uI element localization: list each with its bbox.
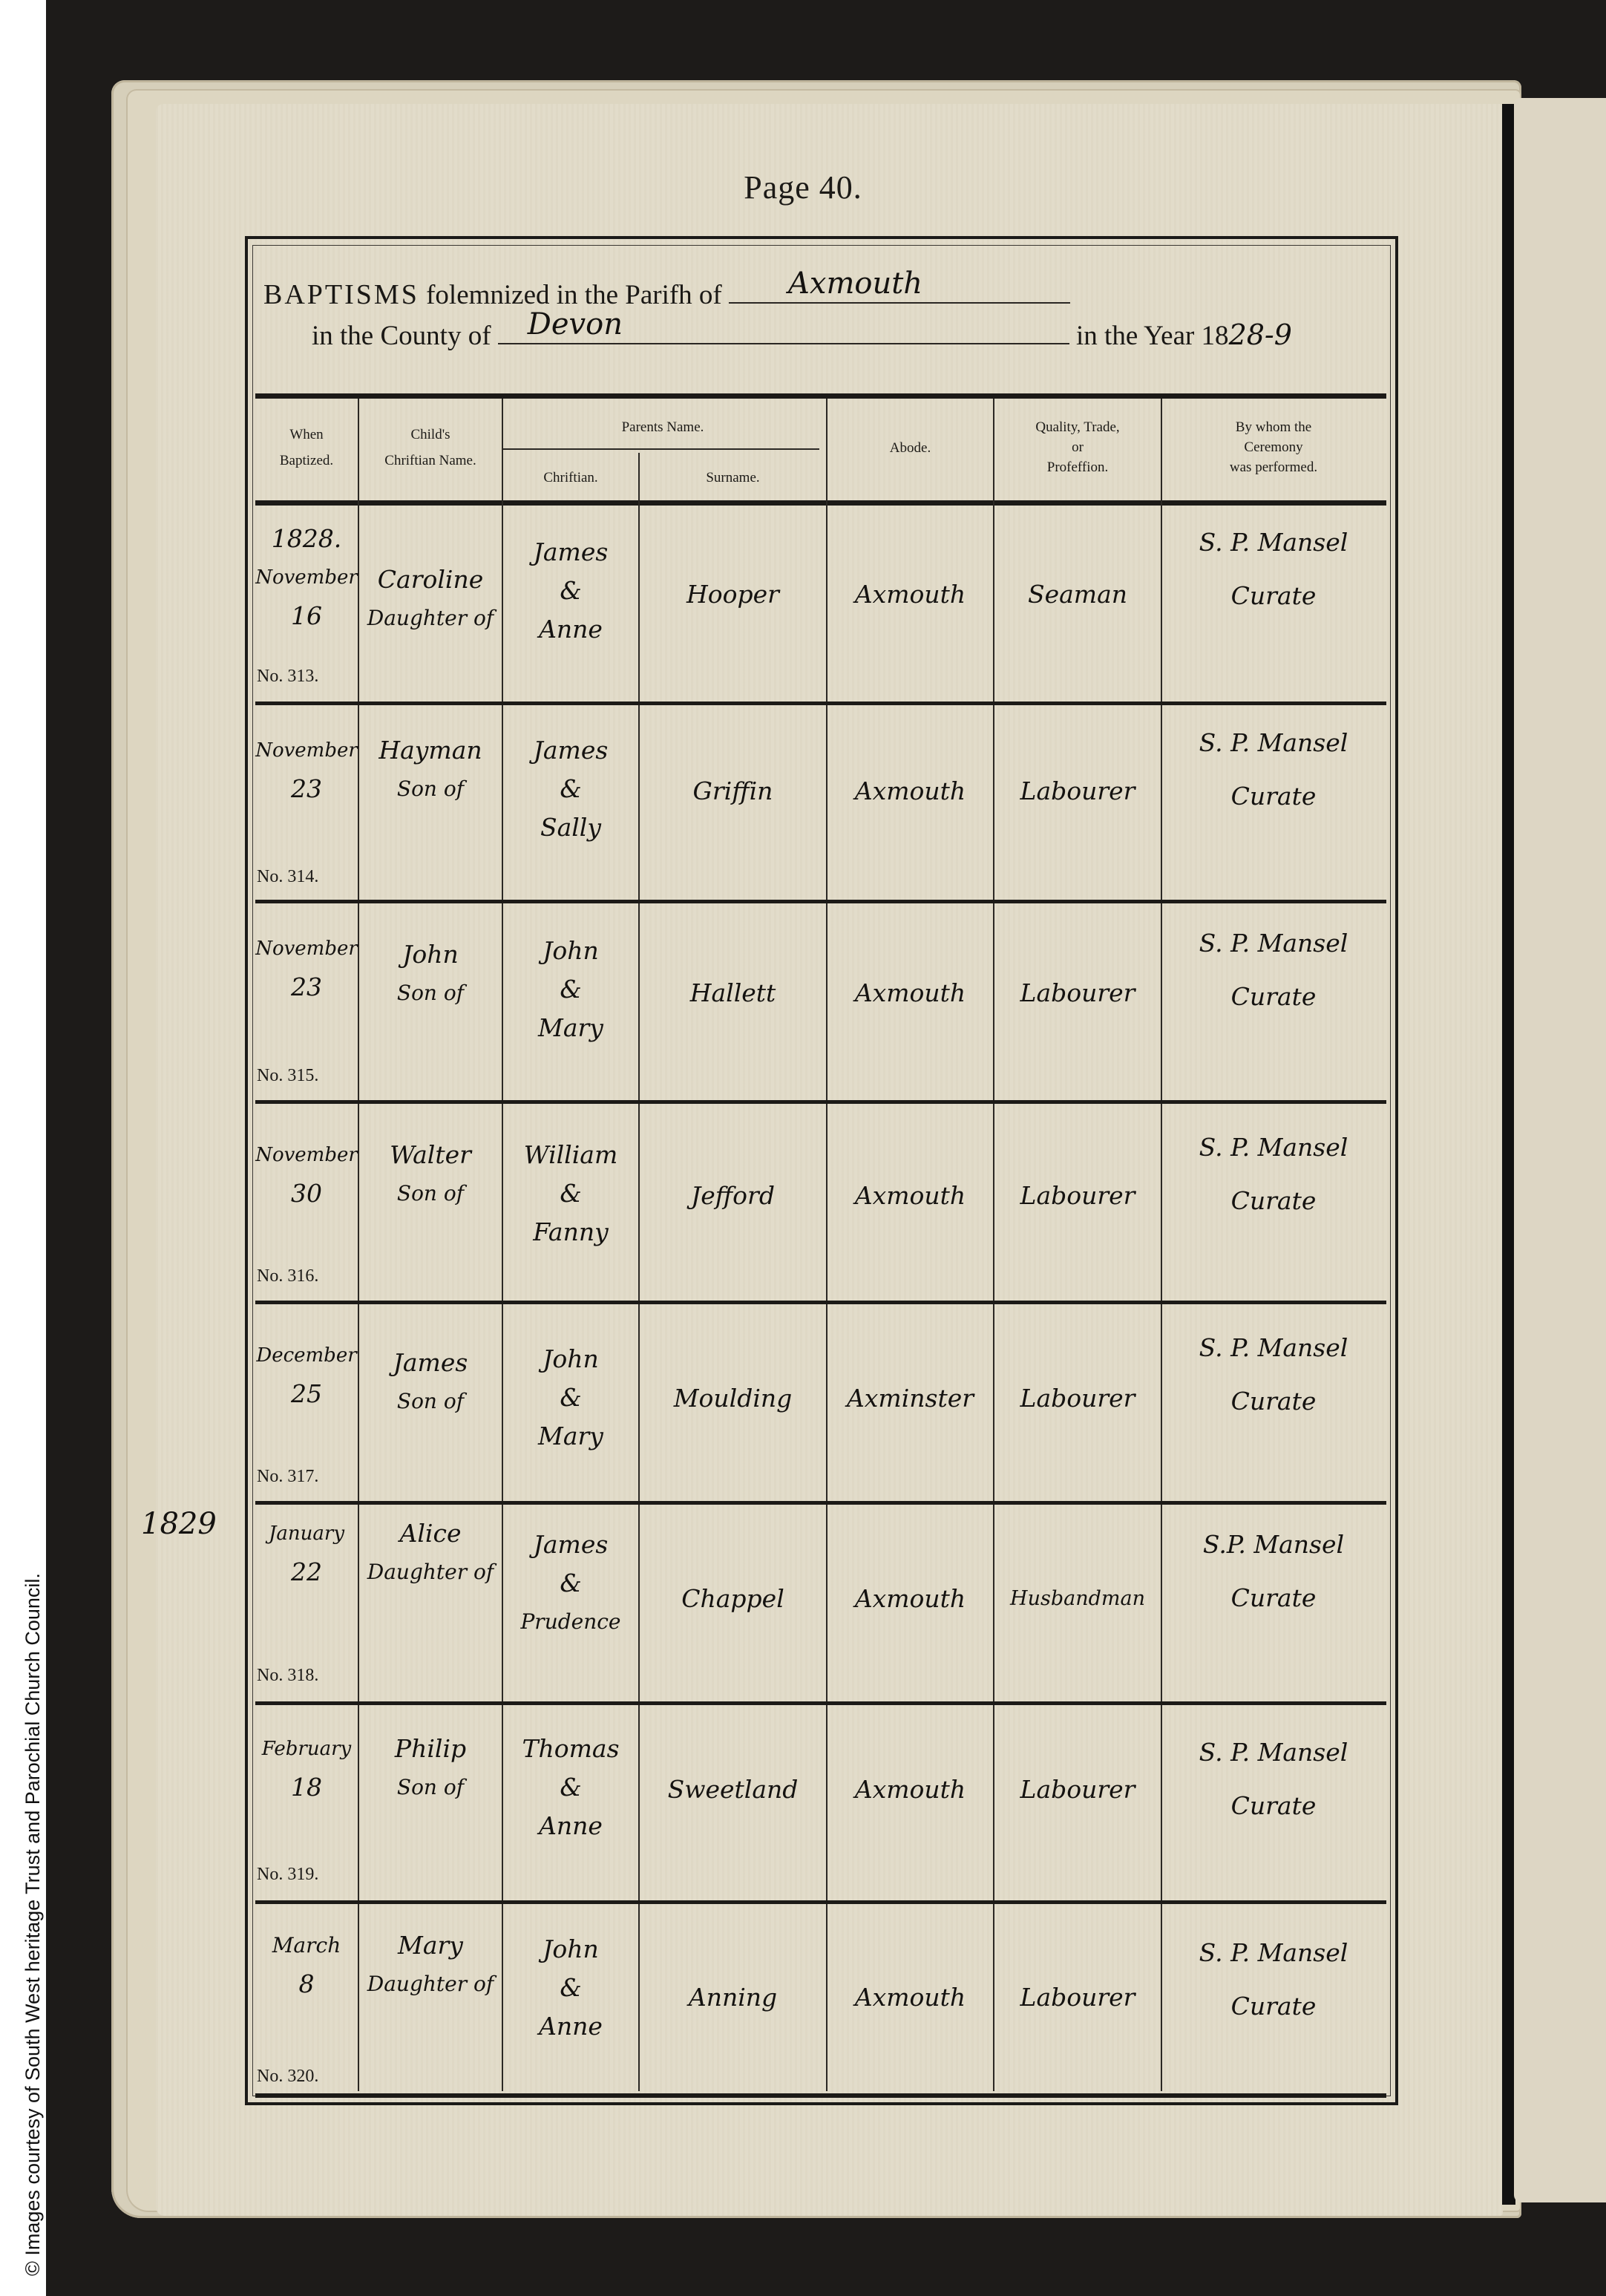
ampersand: &: [503, 970, 638, 1009]
surname: Hallett: [640, 974, 826, 1013]
officiant-name: S.P. Mansel: [1162, 1525, 1385, 1564]
entry-day: 23: [255, 770, 358, 808]
col-header-quality-3: Profeffion.: [994, 457, 1161, 477]
entry-month: March: [255, 1926, 358, 1965]
cell-officiant: S. P. Mansel Curate: [1162, 1128, 1385, 1220]
col-header-when-1: When: [255, 425, 358, 445]
col-header-by-whom-1: By whom the: [1162, 417, 1385, 437]
officiant-title: Curate: [1162, 1579, 1385, 1618]
father-name: James: [503, 533, 638, 572]
child-name: Hayman: [359, 731, 502, 770]
col-line-5: [993, 399, 994, 2091]
entry-year: 1828.: [255, 520, 358, 558]
father-name: Thomas: [503, 1730, 638, 1768]
year-value: 28-9: [1229, 318, 1292, 351]
abode: Axminster: [827, 1379, 993, 1418]
cell-surname: Moulding: [640, 1379, 826, 1418]
father-name: John: [503, 1340, 638, 1378]
entry-month: January: [255, 1514, 358, 1553]
ampersand: &: [503, 770, 638, 808]
entry-number: No. 316.: [257, 1266, 318, 1286]
col-header-child-2: Chriftian Name.: [359, 451, 502, 471]
child-relation: Son of: [359, 1382, 502, 1421]
cell-quality: Labourer: [994, 1770, 1161, 1809]
cell-child: Walter Son of: [359, 1136, 502, 1213]
title-year-label: in the Year 18: [1076, 321, 1229, 351]
col-header-parents: Parents Name.: [503, 417, 822, 437]
abode: Axmouth: [827, 1177, 993, 1215]
cell-quality: Labourer: [994, 974, 1161, 1013]
cell-child: Philip Son of: [359, 1730, 502, 1807]
entry-day: 25: [255, 1375, 358, 1413]
ampersand: &: [503, 1768, 638, 1807]
officiant-name: S. P. Mansel: [1162, 724, 1385, 762]
col-header-quality-2: or: [994, 437, 1161, 457]
cell-child: John Son of: [359, 935, 502, 1013]
cell-officiant: S. P. Mansel Curate: [1162, 1733, 1385, 1825]
entry-number: No. 319.: [257, 1865, 318, 1885]
officiant-title: Curate: [1162, 1382, 1385, 1421]
father-name: James: [503, 1525, 638, 1564]
child-relation: Daughter of: [359, 1965, 502, 2004]
cell-surname: Hooper: [640, 575, 826, 614]
entry-month: November: [255, 1136, 358, 1174]
cell-surname: Anning: [640, 1978, 826, 2017]
row-rule-1: [255, 701, 1386, 705]
cell-officiant: S. P. Mansel Curate: [1162, 724, 1385, 816]
row-rule-2: [255, 900, 1386, 903]
county-value: Devon: [528, 307, 623, 341]
cell-quality: Labourer: [994, 1978, 1161, 2017]
quality: Labourer: [994, 1177, 1161, 1215]
child-relation: Son of: [359, 974, 502, 1013]
abode: Axmouth: [827, 1978, 993, 2017]
title-baptisms: BAPTISMS: [263, 279, 419, 310]
cell-when: February 18: [255, 1730, 358, 1807]
cell-when: January 22: [255, 1514, 358, 1592]
entry-month: November: [255, 558, 358, 597]
col-header-child: Child's Chriftian Name.: [359, 425, 502, 471]
entry-day: 30: [255, 1174, 358, 1213]
parents-divider: [503, 448, 819, 450]
cell-abode: Axmouth: [827, 1580, 993, 1618]
father-name: James: [503, 731, 638, 770]
row-rule-3: [255, 1100, 1386, 1104]
mother-name: Sally: [503, 808, 638, 847]
mother-name: Fanny: [503, 1213, 638, 1252]
quality: Labourer: [994, 1379, 1161, 1418]
cell-when: November 23: [255, 731, 358, 808]
quality: Labourer: [994, 974, 1161, 1013]
cell-child: Alice Daughter of: [359, 1514, 502, 1592]
father-name: John: [503, 932, 638, 970]
cell-parents-christian: Thomas & Anne: [503, 1730, 638, 1845]
cell-parents-christian: John & Anne: [503, 1930, 638, 2046]
child-name: Caroline: [359, 560, 502, 599]
credit-strip: © Images courtesy of South West heritage…: [0, 0, 46, 2296]
surname: Hooper: [640, 575, 826, 614]
col-header-quality: Quality, Trade, or Profeffion.: [994, 417, 1161, 477]
officiant-title: Curate: [1162, 577, 1385, 615]
entry-day: 8: [255, 1965, 358, 2004]
surname: Jefford: [640, 1177, 826, 1215]
col-header-parents-surname: Surname.: [640, 468, 826, 488]
entry-number: No. 317.: [257, 1467, 318, 1487]
officiant-name: S. P. Mansel: [1162, 523, 1385, 562]
entry-number: No. 318.: [257, 1666, 318, 1686]
cell-when: March 8: [255, 1926, 358, 2004]
officiant-name: S. P. Mansel: [1162, 1733, 1385, 1772]
cell-officiant: S. P. Mansel Curate: [1162, 523, 1385, 615]
surname: Anning: [640, 1978, 826, 2017]
cell-abode: Axmouth: [827, 1978, 993, 2017]
col-line-1: [358, 399, 359, 2091]
child-name: Walter: [359, 1136, 502, 1174]
copyright-credit: © Images courtesy of South West heritage…: [23, 1573, 43, 2276]
mother-name: Anne: [503, 610, 638, 649]
mother-name: Mary: [503, 1009, 638, 1047]
entry-number: No. 315.: [257, 1066, 318, 1086]
officiant-name: S. P. Mansel: [1162, 1934, 1385, 1972]
row-rule-7: [255, 1900, 1386, 1904]
cell-child: Hayman Son of: [359, 731, 502, 808]
cell-quality: Labourer: [994, 772, 1161, 811]
father-name: John: [503, 1930, 638, 1969]
title-county-label: in the County of: [312, 321, 491, 351]
title-parish-label: folemnized in the Parifh of: [426, 280, 722, 310]
title-line-parish: BAPTISMS folemnized in the Parifh of Axm…: [263, 277, 1070, 311]
entry-number: No. 320.: [257, 2067, 318, 2087]
father-name: William: [503, 1136, 638, 1174]
header-top-rule: [255, 393, 1386, 399]
cell-abode: Axminster: [827, 1379, 993, 1418]
cell-abode: Axmouth: [827, 575, 993, 614]
title-line-county: in the County of Devon in the Year 1828-…: [312, 318, 1292, 352]
col-header-by-whom-3: was performed.: [1162, 457, 1385, 477]
entry-month: November: [255, 731, 358, 770]
cell-quality: Husbandman: [994, 1580, 1161, 1618]
col-header-by-whom-2: Ceremony: [1162, 437, 1385, 457]
cell-parents-christian: John & Mary: [503, 1340, 638, 1456]
mother-name: Prudence: [503, 1603, 638, 1641]
entry-month: February: [255, 1730, 358, 1768]
header-bottom-rule: [255, 500, 1386, 506]
officiant-title: Curate: [1162, 1787, 1385, 1825]
col-header-child-1: Child's: [359, 425, 502, 445]
margin-year-note: 1829: [141, 1507, 217, 1541]
cell-abode: Axmouth: [827, 974, 993, 1013]
ampersand: &: [503, 1174, 638, 1213]
cell-officiant: S.P. Mansel Curate: [1162, 1525, 1385, 1618]
ampersand: &: [503, 572, 638, 610]
page-number: Page 40.: [0, 169, 1606, 206]
ampersand: &: [503, 1969, 638, 2007]
ampersand: &: [503, 1564, 638, 1603]
col-header-quality-1: Quality, Trade,: [994, 417, 1161, 437]
cell-abode: Axmouth: [827, 772, 993, 811]
child-relation: Son of: [359, 1768, 502, 1807]
cell-quality: Seaman: [994, 575, 1161, 614]
col-line-4: [826, 399, 827, 2091]
cell-parents-christian: William & Fanny: [503, 1136, 638, 1252]
cell-parents-christian: James & Anne: [503, 533, 638, 649]
cell-abode: Axmouth: [827, 1177, 993, 1215]
child-relation: Daughter of: [359, 1553, 502, 1592]
quality: Husbandman: [994, 1580, 1161, 1618]
row-rule-4: [255, 1301, 1386, 1304]
child-name: Mary: [359, 1926, 502, 1965]
surname: Moulding: [640, 1379, 826, 1418]
surname: Griffin: [640, 772, 826, 811]
parish-value: Axmouth: [788, 266, 922, 301]
entry-number: No. 314.: [257, 867, 318, 887]
officiant-title: Curate: [1162, 978, 1385, 1016]
child-relation: Son of: [359, 770, 502, 808]
cell-parents-christian: James & Sally: [503, 731, 638, 847]
col-header-when: When Baptized.: [255, 425, 358, 471]
quality: Seaman: [994, 575, 1161, 614]
cell-surname: Hallett: [640, 974, 826, 1013]
county-field: Devon: [498, 318, 1069, 344]
col-line-6: [1161, 399, 1162, 2091]
surname: Sweetland: [640, 1770, 826, 1809]
officiant-title: Curate: [1162, 1182, 1385, 1220]
ampersand: &: [503, 1378, 638, 1417]
col-line-3: [638, 453, 640, 2091]
cell-when: November 23: [255, 929, 358, 1007]
child-name: James: [359, 1344, 502, 1382]
officiant-title: Curate: [1162, 777, 1385, 816]
abode: Axmouth: [827, 974, 993, 1013]
cell-when: November 30: [255, 1136, 358, 1213]
row-rule-6: [255, 1701, 1386, 1705]
child-name: Alice: [359, 1514, 502, 1553]
cell-surname: Griffin: [640, 772, 826, 811]
mother-name: Anne: [503, 1807, 638, 1845]
row-rule-5: [255, 1501, 1386, 1505]
quality: Labourer: [994, 772, 1161, 811]
cell-parents-christian: James & Prudence: [503, 1525, 638, 1641]
cell-surname: Sweetland: [640, 1770, 826, 1809]
officiant-title: Curate: [1162, 1987, 1385, 2026]
entry-month: November: [255, 929, 358, 968]
entry-day: 23: [255, 968, 358, 1007]
entry-day: 16: [255, 597, 358, 635]
mother-name: Anne: [503, 2007, 638, 2046]
cell-quality: Labourer: [994, 1177, 1161, 1215]
col-header-by-whom: By whom the Ceremony was performed.: [1162, 417, 1385, 477]
col-header-parents-christian: Chriftian.: [503, 468, 638, 488]
child-relation: Daughter of: [359, 599, 502, 638]
cell-child: Mary Daughter of: [359, 1926, 502, 2004]
surname: Chappel: [640, 1580, 826, 1618]
child-relation: Son of: [359, 1174, 502, 1213]
table-bottom-rule: [255, 2093, 1386, 2098]
cell-quality: Labourer: [994, 1379, 1161, 1418]
cell-when: 1828. November 16: [255, 520, 358, 635]
abode: Axmouth: [827, 772, 993, 811]
cell-parents-christian: John & Mary: [503, 932, 638, 1047]
child-name: John: [359, 935, 502, 974]
child-name: Philip: [359, 1730, 502, 1768]
quality: Labourer: [994, 1978, 1161, 2017]
entry-number: No. 313.: [257, 667, 318, 687]
cell-child: Caroline Daughter of: [359, 560, 502, 638]
col-header-abode: Abode.: [827, 438, 993, 458]
officiant-name: S. P. Mansel: [1162, 1128, 1385, 1167]
cell-officiant: S. P. Mansel Curate: [1162, 1934, 1385, 2026]
cell-officiant: S. P. Mansel Curate: [1162, 924, 1385, 1016]
col-header-when-2: Baptized.: [255, 451, 358, 471]
cell-surname: Chappel: [640, 1580, 826, 1618]
entry-day: 22: [255, 1553, 358, 1592]
cell-child: James Son of: [359, 1344, 502, 1421]
entry-month: December: [255, 1336, 358, 1375]
officiant-name: S. P. Mansel: [1162, 924, 1385, 963]
abode: Axmouth: [827, 1580, 993, 1618]
facing-page-edge: [1514, 98, 1606, 2202]
parish-field: Axmouth: [729, 277, 1070, 304]
entry-day: 18: [255, 1768, 358, 1807]
abode: Axmouth: [827, 575, 993, 614]
officiant-name: S. P. Mansel: [1162, 1329, 1385, 1367]
abode: Axmouth: [827, 1770, 993, 1809]
cell-surname: Jefford: [640, 1177, 826, 1215]
cell-abode: Axmouth: [827, 1770, 993, 1809]
cell-when: December 25: [255, 1336, 358, 1413]
quality: Labourer: [994, 1770, 1161, 1809]
cell-officiant: S. P. Mansel Curate: [1162, 1329, 1385, 1421]
mother-name: Mary: [503, 1417, 638, 1456]
